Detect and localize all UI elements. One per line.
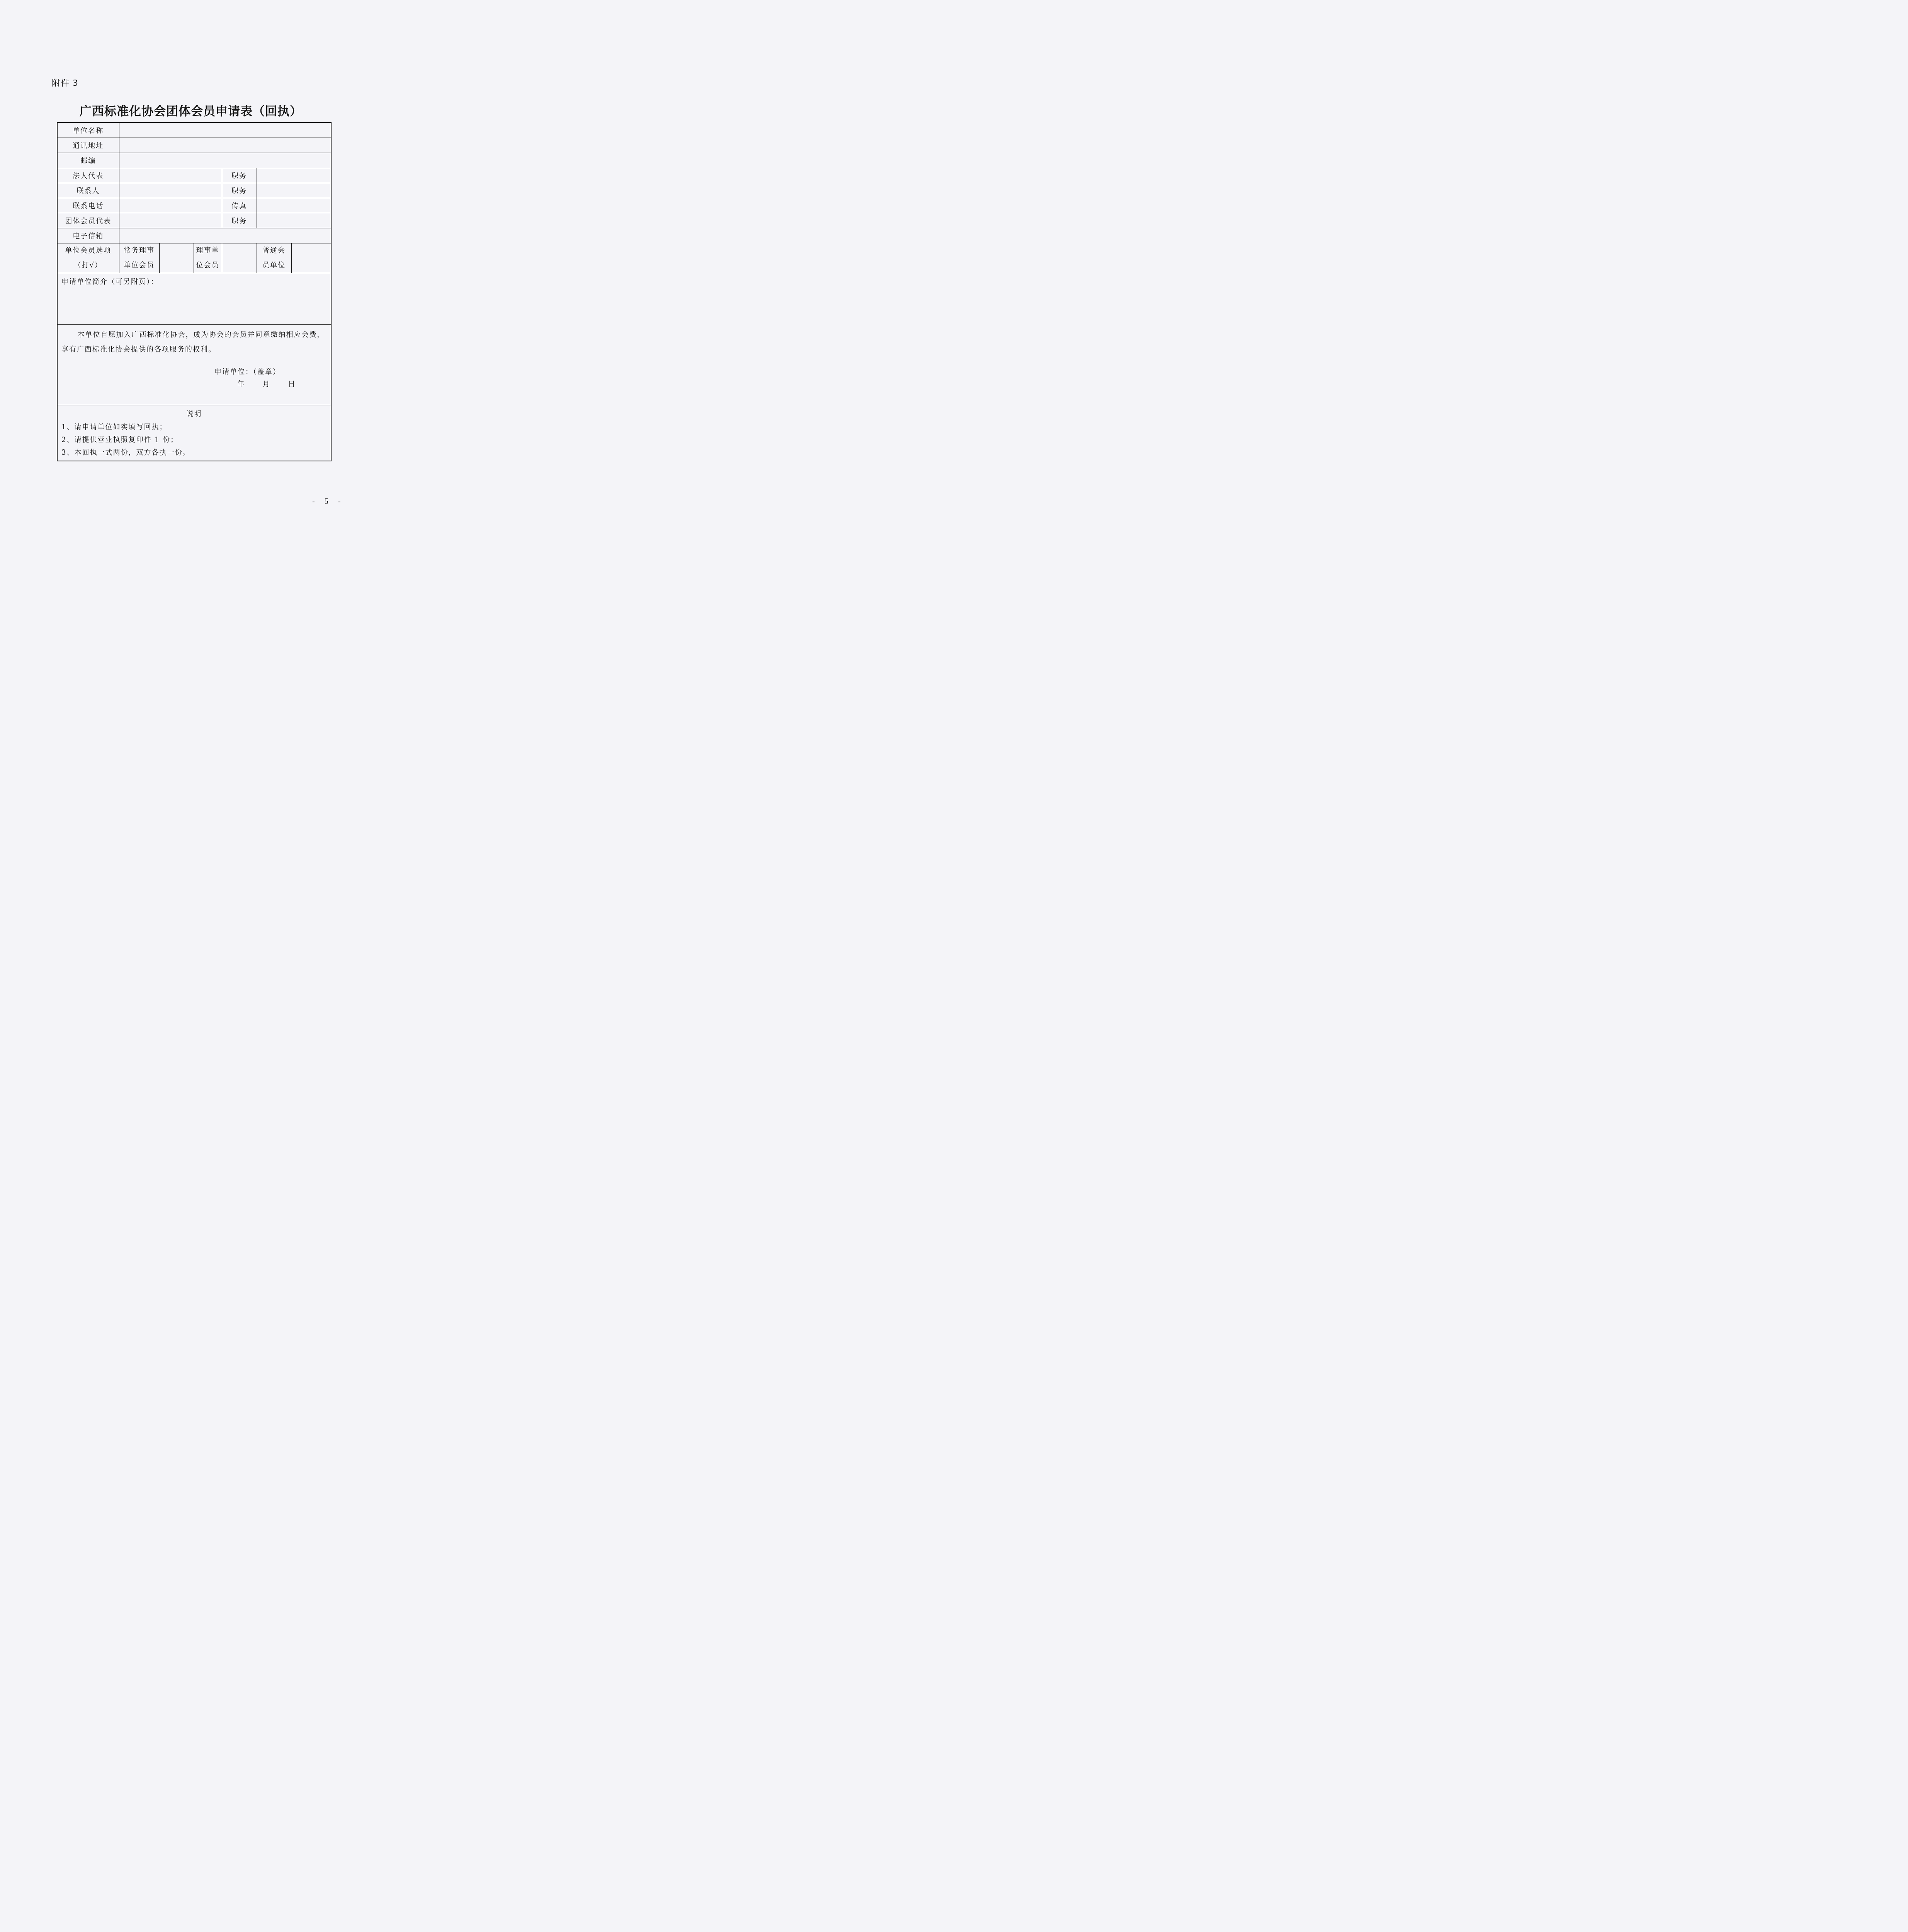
row-phone: 联系电话 传真	[57, 198, 331, 213]
option-label-line: 普通会	[257, 243, 291, 258]
page-number: - 5 -	[312, 497, 344, 506]
intro-label: 申请单位简介（可另附页）：	[61, 278, 158, 286]
email-label: 电子信箱	[57, 228, 119, 243]
row-notes: 说明 1、请申请单位如实填写回执； 2、请提供营业执照复印件 1 份； 3、本回…	[57, 405, 331, 461]
member-rep-title-label: 职务	[222, 213, 257, 228]
legal-rep-title-field[interactable]	[257, 168, 331, 183]
notes-heading: 说明	[61, 408, 327, 421]
row-unit-name: 单位名称	[57, 122, 331, 138]
row-contact: 联系人 职务	[57, 183, 331, 198]
notes-cell: 说明 1、请申请单位如实填写回执； 2、请提供营业执照复印件 1 份； 3、本回…	[57, 405, 331, 461]
note-item: 1、请申请单位如实填写回执；	[61, 421, 327, 434]
address-field[interactable]	[119, 138, 331, 153]
row-email: 电子信箱	[57, 228, 331, 243]
note-item: 3、本回执一式两份，双方各执一份。	[61, 446, 327, 459]
date-year-label: 年	[237, 380, 245, 388]
row-address: 通讯地址	[57, 138, 331, 153]
option-executive-director-label: 常务理事 单位会员	[119, 243, 159, 273]
option-executive-director-checkbox[interactable]	[159, 243, 194, 273]
option-label-line: 单位会员	[119, 258, 159, 273]
member-rep-field[interactable]	[119, 213, 222, 228]
unit-name-label: 单位名称	[57, 122, 119, 138]
row-declaration: 本单位自愿加入广西标准化协会，成为协会的会员并同意缴纳相应会费，享有广西标准化协…	[57, 325, 331, 405]
declaration-text: 本单位自愿加入广西标准化协会，成为协会的会员并同意缴纳相应会费，享有广西标准化协…	[61, 328, 327, 357]
legal-rep-title-label: 职务	[222, 168, 257, 183]
option-label-line: 位会员	[194, 258, 222, 273]
fax-field[interactable]	[257, 198, 331, 213]
contact-label: 联系人	[57, 183, 119, 198]
membership-label-line2: （打√）	[58, 258, 119, 273]
application-form-table: 单位名称 通讯地址 邮编 法人代表 职务 联系人 职务 联系电话 传真 团体会员…	[57, 122, 332, 461]
page-title: 广西标准化协会团体会员申请表（回执）	[0, 101, 382, 119]
member-rep-label: 团体会员代表	[57, 213, 119, 228]
date-line: 年 月 日	[237, 379, 296, 389]
row-intro: 申请单位简介（可另附页）：	[57, 273, 331, 325]
membership-label: 单位会员选项 （打√）	[57, 243, 119, 273]
postcode-label: 邮编	[57, 153, 119, 168]
option-label-line: 员单位	[257, 258, 291, 273]
legal-rep-field[interactable]	[119, 168, 222, 183]
fax-label: 传真	[222, 198, 257, 213]
phone-label: 联系电话	[57, 198, 119, 213]
legal-rep-label: 法人代表	[57, 168, 119, 183]
signature-label: 申请单位：（盖章）	[214, 366, 281, 379]
note-item: 2、请提供营业执照复印件 1 份；	[61, 434, 327, 446]
declaration-cell: 本单位自愿加入广西标准化协会，成为协会的会员并同意缴纳相应会费，享有广西标准化协…	[57, 325, 331, 405]
option-label-line: 理事单	[194, 243, 222, 258]
option-regular-label: 普通会 员单位	[257, 243, 291, 273]
date-day-label: 日	[288, 380, 296, 388]
option-label-line: 常务理事	[119, 243, 159, 258]
postcode-field[interactable]	[119, 153, 331, 168]
member-rep-title-field[interactable]	[257, 213, 331, 228]
option-director-checkbox[interactable]	[222, 243, 257, 273]
option-regular-checkbox[interactable]	[291, 243, 331, 273]
phone-field[interactable]	[119, 198, 222, 213]
row-membership-options: 单位会员选项 （打√） 常务理事 单位会员 理事单 位会员 普通会 员单位	[57, 243, 331, 273]
row-member-rep: 团体会员代表 职务	[57, 213, 331, 228]
email-field[interactable]	[119, 228, 331, 243]
contact-field[interactable]	[119, 183, 222, 198]
membership-label-line1: 单位会员选项	[58, 243, 119, 258]
contact-title-field[interactable]	[257, 183, 331, 198]
intro-field[interactable]: 申请单位简介（可另附页）：	[57, 273, 331, 325]
contact-title-label: 职务	[222, 183, 257, 198]
row-postcode: 邮编	[57, 153, 331, 168]
row-legal-rep: 法人代表 职务	[57, 168, 331, 183]
option-director-label: 理事单 位会员	[194, 243, 222, 273]
date-month-label: 月	[263, 380, 270, 388]
attachment-label: 附件 3	[52, 77, 78, 88]
unit-name-field[interactable]	[119, 122, 331, 138]
address-label: 通讯地址	[57, 138, 119, 153]
